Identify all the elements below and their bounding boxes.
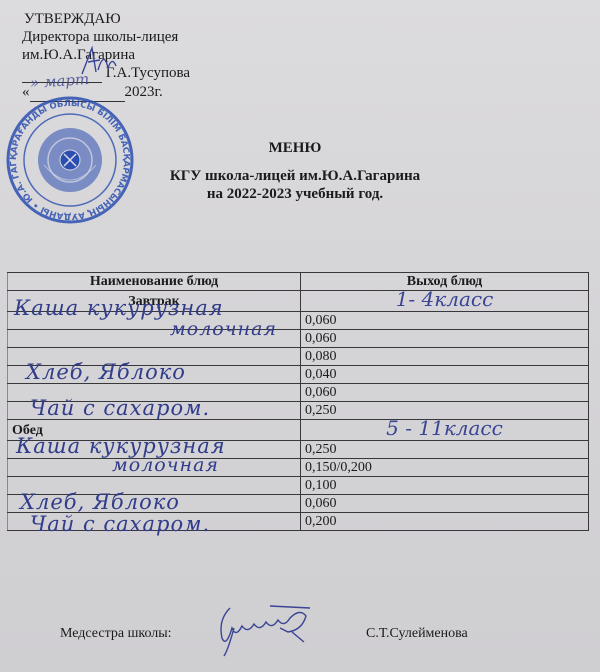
official-stamp-icon: ҚАРАҒАНДЫ ОБЛЫСЫ БІЛІМ БАСҚАРМАСЫНЫҢ АУД… bbox=[4, 95, 136, 225]
approval-heading: УТВЕРЖДАЮ bbox=[22, 10, 190, 28]
output-value: 0,040 bbox=[301, 366, 589, 384]
class-note-text: 1- 4класс bbox=[396, 287, 494, 311]
dish-handwritten: молочная bbox=[112, 454, 219, 476]
dish-handwritten: Хлеб, Яблоко bbox=[26, 360, 186, 384]
output-value: 0,060 bbox=[301, 330, 589, 348]
table-row: 0,150/0,200 bbox=[8, 459, 589, 477]
organization-name: КГУ школа-лицей им.Ю.А.Гагарина bbox=[0, 168, 590, 185]
nurse-name: С.Т.Сулейменова bbox=[366, 626, 468, 642]
class-note: 1- 4класс bbox=[301, 291, 589, 312]
output-value: 0,150/0,200 bbox=[301, 459, 589, 477]
output-value: 0,060 bbox=[301, 495, 589, 513]
output-value: 0,080 bbox=[301, 348, 589, 366]
output-value: 0,100 bbox=[301, 477, 589, 495]
table-header-row: Наименование блюд Выход блюд bbox=[8, 273, 589, 291]
output-value: 0,200 bbox=[301, 513, 589, 531]
column-header-dish: Наименование блюд bbox=[8, 273, 301, 291]
dish-handwritten: Чай с сахаром. bbox=[30, 396, 210, 420]
director-signature-icon bbox=[78, 42, 118, 78]
nurse-signature-icon bbox=[210, 598, 330, 658]
output-value: 0,060 bbox=[301, 384, 589, 402]
table-row: 0,060 bbox=[8, 330, 589, 348]
dish-handwritten: Каша кукурузная bbox=[14, 296, 224, 320]
dish-handwritten: молочная bbox=[170, 318, 277, 340]
nurse-label: Медсестра школы: bbox=[60, 626, 172, 642]
dish-handwritten: Хлеб, Яблоко bbox=[20, 490, 180, 514]
class-note-text: 5 - 11класс bbox=[386, 416, 503, 440]
approval-signer: Г.А.Тусупова bbox=[106, 65, 190, 81]
output-value: 0,060 bbox=[301, 312, 589, 330]
class-note: 5 - 11класс bbox=[301, 420, 589, 441]
dish-handwritten: Чай с сахаром. bbox=[30, 512, 210, 536]
school-year: на 2022-2023 учебный год. bbox=[0, 186, 590, 203]
output-value: 0,250 bbox=[301, 441, 589, 459]
page-title: МЕНЮ bbox=[0, 140, 590, 157]
